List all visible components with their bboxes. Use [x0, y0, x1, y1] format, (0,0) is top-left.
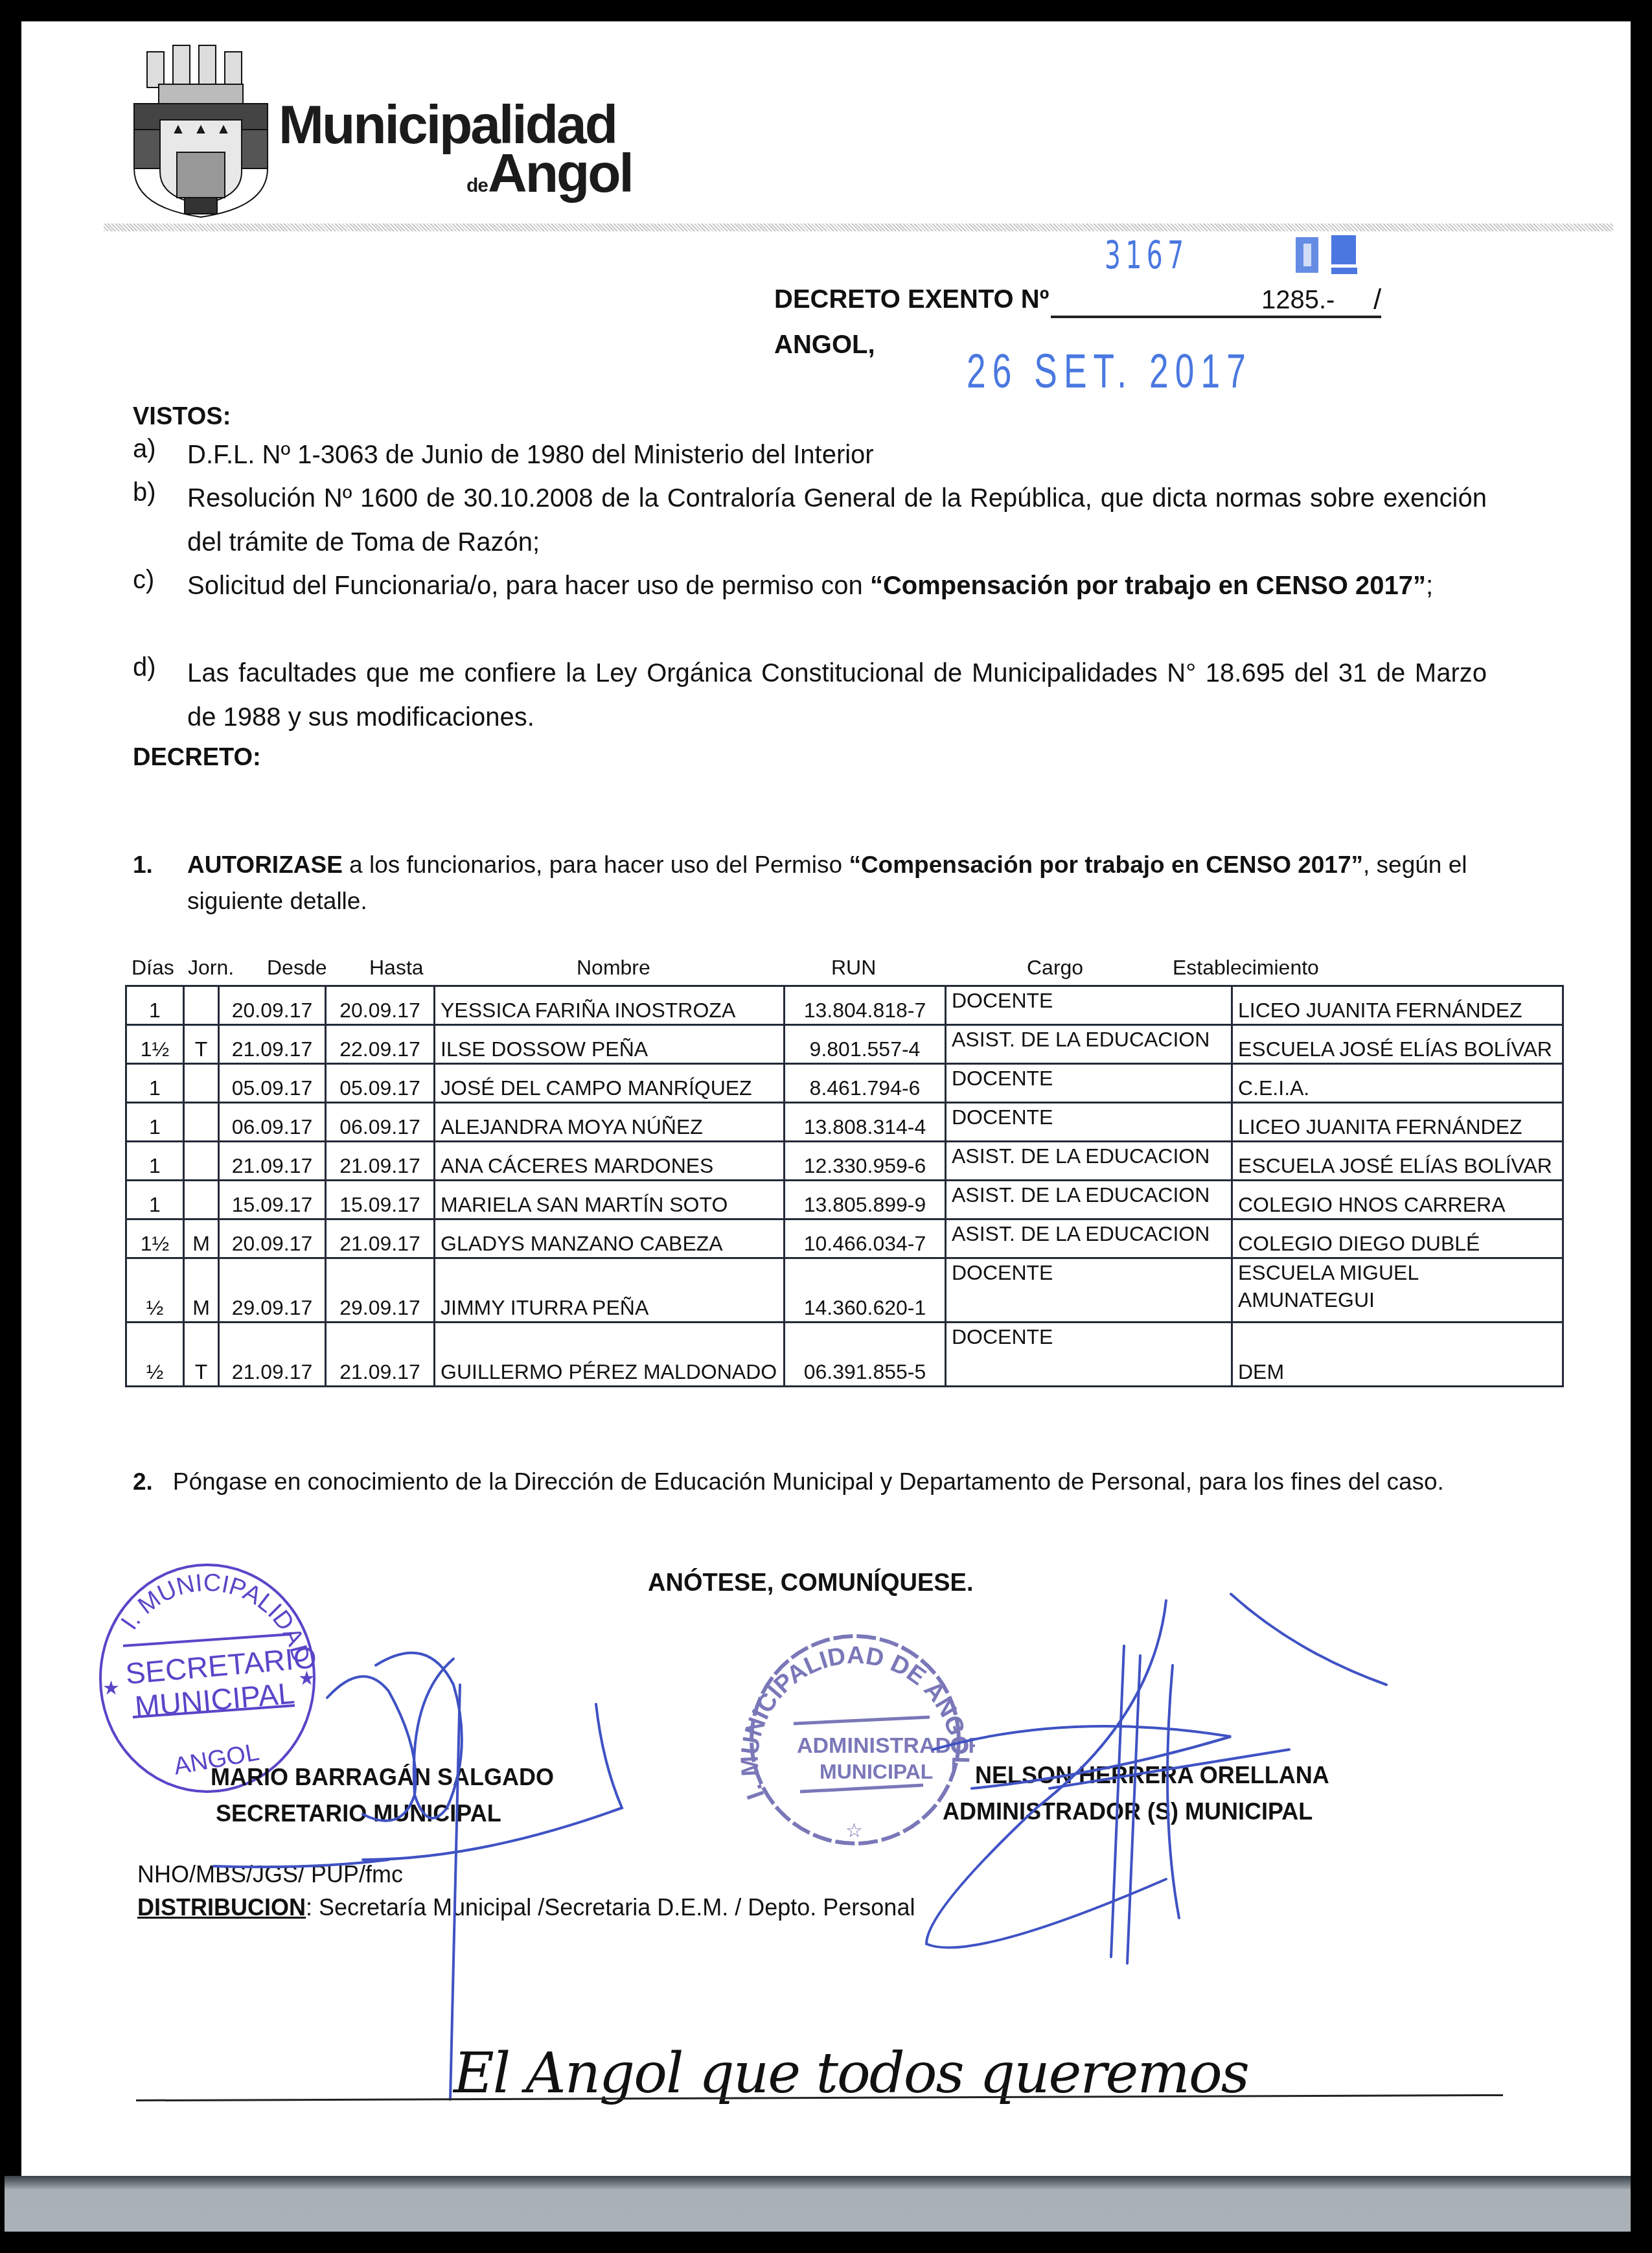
- cell-run: 12.330.959-6: [785, 1142, 946, 1181]
- cell-establecimiento: LICEO JUANITA FERNÁNDEZ: [1232, 1103, 1563, 1142]
- cell-jorn: T: [184, 1323, 219, 1387]
- visto-text-bold: “Compensación por trabajo en CENSO 2017”: [870, 572, 1426, 600]
- visto-text: D.F.L. Nº 1-3063 de Junio de 1980 del Mi…: [187, 433, 1487, 477]
- cell-desde: 20.09.17: [219, 1219, 326, 1258]
- cell-establecimiento: DEM: [1232, 1323, 1563, 1387]
- visto-text: Las facultades que me confiere la Ley Or…: [187, 651, 1487, 739]
- cell-establecimiento: COLEGIO DIEGO DUBLÉ: [1232, 1219, 1563, 1258]
- visto-letter: c): [133, 564, 154, 596]
- col-header-desde: Desde: [267, 956, 327, 980]
- col-header-jorn: Jorn.: [188, 956, 234, 980]
- cell-nombre: GLADYS MANZANO CABEZA: [435, 1219, 785, 1258]
- col-header-establecimiento: Establecimiento: [1173, 956, 1319, 980]
- cell-cargo: DOCENTE: [946, 1323, 1232, 1387]
- visto-letter: b): [133, 476, 156, 509]
- table-row: 120.09.1720.09.17YESSICA FARIÑA INOSTROZ…: [126, 986, 1563, 1025]
- item-number: 2.: [133, 1468, 153, 1495]
- cell-establecimiento: ESCUELA MIGUEL AMUNATEGUI: [1232, 1258, 1563, 1323]
- cell-establecimiento: LICEO JUANITA FERNÁNDEZ: [1232, 986, 1563, 1025]
- signatory-title: ADMINISTRADOR (S) MUNICIPAL: [943, 1794, 1329, 1830]
- closing-formula: ANÓTESE, COMUNÍQUESE.: [648, 1569, 974, 1597]
- item-text-bold: “Compensación por trabajo en CENSO 2017”: [849, 851, 1363, 878]
- cell-jorn: [184, 1142, 219, 1181]
- date-stamp: 26 SET. 2017: [967, 343, 1252, 399]
- cell-establecimiento: ESCUELA JOSÉ ELÍAS BOLÍVAR: [1232, 1025, 1563, 1064]
- item-text: Póngase en conocimiento de la Dirección …: [173, 1468, 1444, 1495]
- decree-label: DECRETO EXENTO Nº: [774, 285, 1049, 314]
- cell-hasta: 21.09.17: [326, 1142, 435, 1181]
- permission-table: 120.09.1720.09.17YESSICA FARIÑA INOSTROZ…: [125, 985, 1564, 1387]
- cell-cargo: ASIST. DE LA EDUCACION: [946, 1025, 1232, 1064]
- cell-hasta: 22.09.17: [326, 1025, 435, 1064]
- col-header-run: RUN: [831, 956, 876, 980]
- distribution-line: DISTRIBUCION: Secretaría Municipal /Secr…: [137, 1894, 915, 1921]
- cell-run: 06.391.855-5: [785, 1323, 946, 1387]
- cell-desde: 05.09.17: [219, 1064, 326, 1103]
- cell-hasta: 06.09.17: [326, 1103, 435, 1142]
- item-text-plain: a los funcionarios, para hacer uso del P…: [343, 851, 849, 878]
- cell-hasta: 20.09.17: [326, 986, 435, 1025]
- cell-dias: ½: [126, 1323, 184, 1387]
- cell-establecimiento: C.E.I.A.: [1232, 1064, 1563, 1103]
- cell-nombre: JOSÉ DEL CAMPO MANRÍQUEZ: [435, 1064, 785, 1103]
- cell-run: 13.808.314-4: [785, 1103, 946, 1142]
- cell-cargo: DOCENTE: [946, 1258, 1232, 1323]
- distribution-label: DISTRIBUCION: [137, 1894, 306, 1921]
- cell-dias: 1½: [126, 1025, 184, 1064]
- col-header-dias: Días: [132, 956, 174, 980]
- table-row: 1½M20.09.1721.09.17GLADYS MANZANO CABEZA…: [126, 1219, 1563, 1258]
- svg-text:★: ★: [298, 1668, 315, 1689]
- cell-desde: 29.09.17: [219, 1258, 326, 1323]
- cell-jorn: T: [184, 1025, 219, 1064]
- signatory-title: SECRETARIO MUNICIPAL: [211, 1796, 554, 1832]
- cell-run: 14.360.620-1: [785, 1258, 946, 1323]
- cell-dias: 1: [126, 1181, 184, 1219]
- cell-cargo: ASIST. DE LA EDUCACION: [946, 1142, 1232, 1181]
- cell-desde: 20.09.17: [219, 986, 326, 1025]
- visto-text: Solicitud del Funcionaria/o, para hacer …: [187, 564, 1487, 608]
- cell-cargo: DOCENTE: [946, 986, 1232, 1025]
- visto-letter: a): [133, 433, 156, 465]
- cell-run: 13.805.899-9: [785, 1181, 946, 1219]
- cell-nombre: GUILLERMO PÉREZ MALDONADO: [435, 1323, 785, 1387]
- org-city: deAngol: [466, 146, 632, 200]
- cell-dias: 1: [126, 1142, 184, 1181]
- visto-item-a: a) D.F.L. Nº 1-3063 de Junio de 1980 del…: [133, 433, 1487, 477]
- decreto-item-1: 1. AUTORIZASE a los funcionarios, para h…: [133, 847, 1487, 919]
- decree-slash: /: [1373, 284, 1381, 316]
- table-row: 115.09.1715.09.17MARIELA SAN MARTÍN SOTO…: [126, 1181, 1563, 1219]
- cell-run: 10.466.034-7: [785, 1219, 946, 1258]
- cell-dias: 1: [126, 986, 184, 1025]
- cell-hasta: 29.09.17: [326, 1258, 435, 1323]
- coat-of-arms-icon: [126, 32, 275, 220]
- visto-item-b: b) Resolución Nº 1600 de 30.10.2008 de l…: [133, 476, 1487, 564]
- svg-text:ADMINISTRADOR: ADMINISTRADOR: [797, 1733, 975, 1758]
- cell-desde: 21.09.17: [219, 1323, 326, 1387]
- cell-jorn: M: [184, 1258, 219, 1323]
- initials-reference: NHO/MBS/JGS/ PUP/fmc: [137, 1861, 403, 1888]
- cell-cargo: DOCENTE: [946, 1064, 1232, 1103]
- cell-cargo: ASIST. DE LA EDUCACION: [946, 1219, 1232, 1258]
- cell-nombre: ILSE DOSSOW PEÑA: [435, 1025, 785, 1064]
- table-row: 105.09.1705.09.17JOSÉ DEL CAMPO MANRÍQUE…: [126, 1064, 1563, 1103]
- cell-jorn: [184, 1181, 219, 1219]
- cell-run: 13.804.818-7: [785, 986, 946, 1025]
- cell-nombre: JIMMY ITURRA PEÑA: [435, 1258, 785, 1323]
- cell-dias: 1: [126, 1064, 184, 1103]
- svg-text:MUNICIPAL: MUNICIPAL: [820, 1760, 933, 1783]
- cell-hasta: 15.09.17: [326, 1181, 435, 1219]
- received-stamp-icon: [1296, 232, 1367, 284]
- item-number: 1.: [133, 847, 153, 883]
- decree-number-line: [1051, 316, 1381, 318]
- cell-desde: 21.09.17: [219, 1142, 326, 1181]
- cell-hasta: 05.09.17: [326, 1064, 435, 1103]
- cell-establecimiento: ESCUELA JOSÉ ELÍAS BOLÍVAR: [1232, 1142, 1563, 1181]
- cell-nombre: MARIELA SAN MARTÍN SOTO: [435, 1181, 785, 1219]
- visto-text-end: ;: [1426, 572, 1433, 600]
- cell-jorn: [184, 986, 219, 1025]
- visto-letter: d): [133, 651, 156, 684]
- cell-hasta: 21.09.17: [326, 1323, 435, 1387]
- cell-hasta: 21.09.17: [326, 1219, 435, 1258]
- svg-text:★: ★: [102, 1678, 120, 1699]
- signatory-name: MARIO BARRAGÁN SALGADO: [211, 1759, 554, 1796]
- decree-number: 1285.-: [1261, 286, 1335, 315]
- registry-number-stamp: 3167: [1105, 233, 1189, 277]
- cell-establecimiento: COLEGIO HNOS CARRERA: [1232, 1181, 1563, 1219]
- decreto-item-2: 2. Póngase en conocimiento de la Direcci…: [133, 1463, 1487, 1501]
- signatory-administrador: NELSON HERRERA ORELLANA ADMINISTRADOR (S…: [943, 1757, 1329, 1830]
- table-row: 121.09.1721.09.17ANA CÁCERES MARDONES12.…: [126, 1142, 1563, 1181]
- cell-dias: ½: [126, 1258, 184, 1323]
- cell-jorn: [184, 1103, 219, 1142]
- cell-nombre: ANA CÁCERES MARDONES: [435, 1142, 785, 1181]
- distribution-text: : Secretaría Municipal /Secretaria D.E.M…: [306, 1894, 915, 1921]
- cell-jorn: M: [184, 1219, 219, 1258]
- vistos-heading: VISTOS:: [133, 403, 231, 431]
- item-lead: AUTORIZASE: [187, 851, 343, 878]
- administrador-seal-icon: I. MUNICIPALIDAD DE ANGOL ADMINISTRADOR …: [735, 1620, 975, 1860]
- col-header-hasta: Hasta: [369, 956, 424, 980]
- cell-cargo: ASIST. DE LA EDUCACION: [946, 1181, 1232, 1219]
- scanner-edge: [5, 2176, 1631, 2232]
- table-row: 1½T21.09.1722.09.17ILSE DOSSOW PEÑA9.801…: [126, 1025, 1563, 1064]
- place-label: ANGOL,: [774, 330, 875, 360]
- visto-item-c: c) Solicitud del Funcionaria/o, para hac…: [133, 564, 1487, 608]
- cell-run: 8.461.794-6: [785, 1064, 946, 1103]
- cell-nombre: ALEJANDRA MOYA NÚÑEZ: [435, 1103, 785, 1142]
- cell-dias: 1½: [126, 1219, 184, 1258]
- signatory-secretario: MARIO BARRAGÁN SALGADO SECRETARIO MUNICI…: [211, 1759, 554, 1832]
- cell-desde: 21.09.17: [219, 1025, 326, 1064]
- cell-cargo: DOCENTE: [946, 1103, 1232, 1142]
- cell-jorn: [184, 1064, 219, 1103]
- signatory-name: NELSON HERRERA ORELLANA: [943, 1757, 1329, 1794]
- svg-text:☆: ☆: [845, 1820, 863, 1842]
- visto-text: Resolución Nº 1600 de 30.10.2008 de la C…: [187, 476, 1487, 564]
- org-de: de: [466, 175, 488, 196]
- col-header-cargo: Cargo: [1027, 956, 1083, 980]
- cell-desde: 06.09.17: [219, 1103, 326, 1142]
- header-divider: [104, 224, 1613, 231]
- visto-text-plain: Solicitud del Funcionaria/o, para hacer …: [187, 572, 870, 600]
- cell-nombre: YESSICA FARIÑA INOSTROZA: [435, 986, 785, 1025]
- cell-desde: 15.09.17: [219, 1181, 326, 1219]
- org-angol: Angol: [488, 143, 632, 203]
- cell-run: 9.801.557-4: [785, 1025, 946, 1064]
- decreto-heading: DECRETO:: [133, 744, 261, 772]
- cell-dias: 1: [126, 1103, 184, 1142]
- visto-item-d: d) Las facultades que me confiere la Ley…: [133, 651, 1487, 739]
- table-row: 106.09.1706.09.17ALEJANDRA MOYA NÚÑEZ13.…: [126, 1103, 1563, 1142]
- item-text: AUTORIZASE a los funcionarios, para hace…: [187, 847, 1487, 919]
- table-row: ½M29.09.1729.09.17JIMMY ITURRA PEÑA14.36…: [126, 1258, 1563, 1323]
- col-header-nombre: Nombre: [577, 956, 650, 980]
- table-row: ½T21.09.1721.09.17GUILLERMO PÉREZ MALDON…: [126, 1323, 1563, 1387]
